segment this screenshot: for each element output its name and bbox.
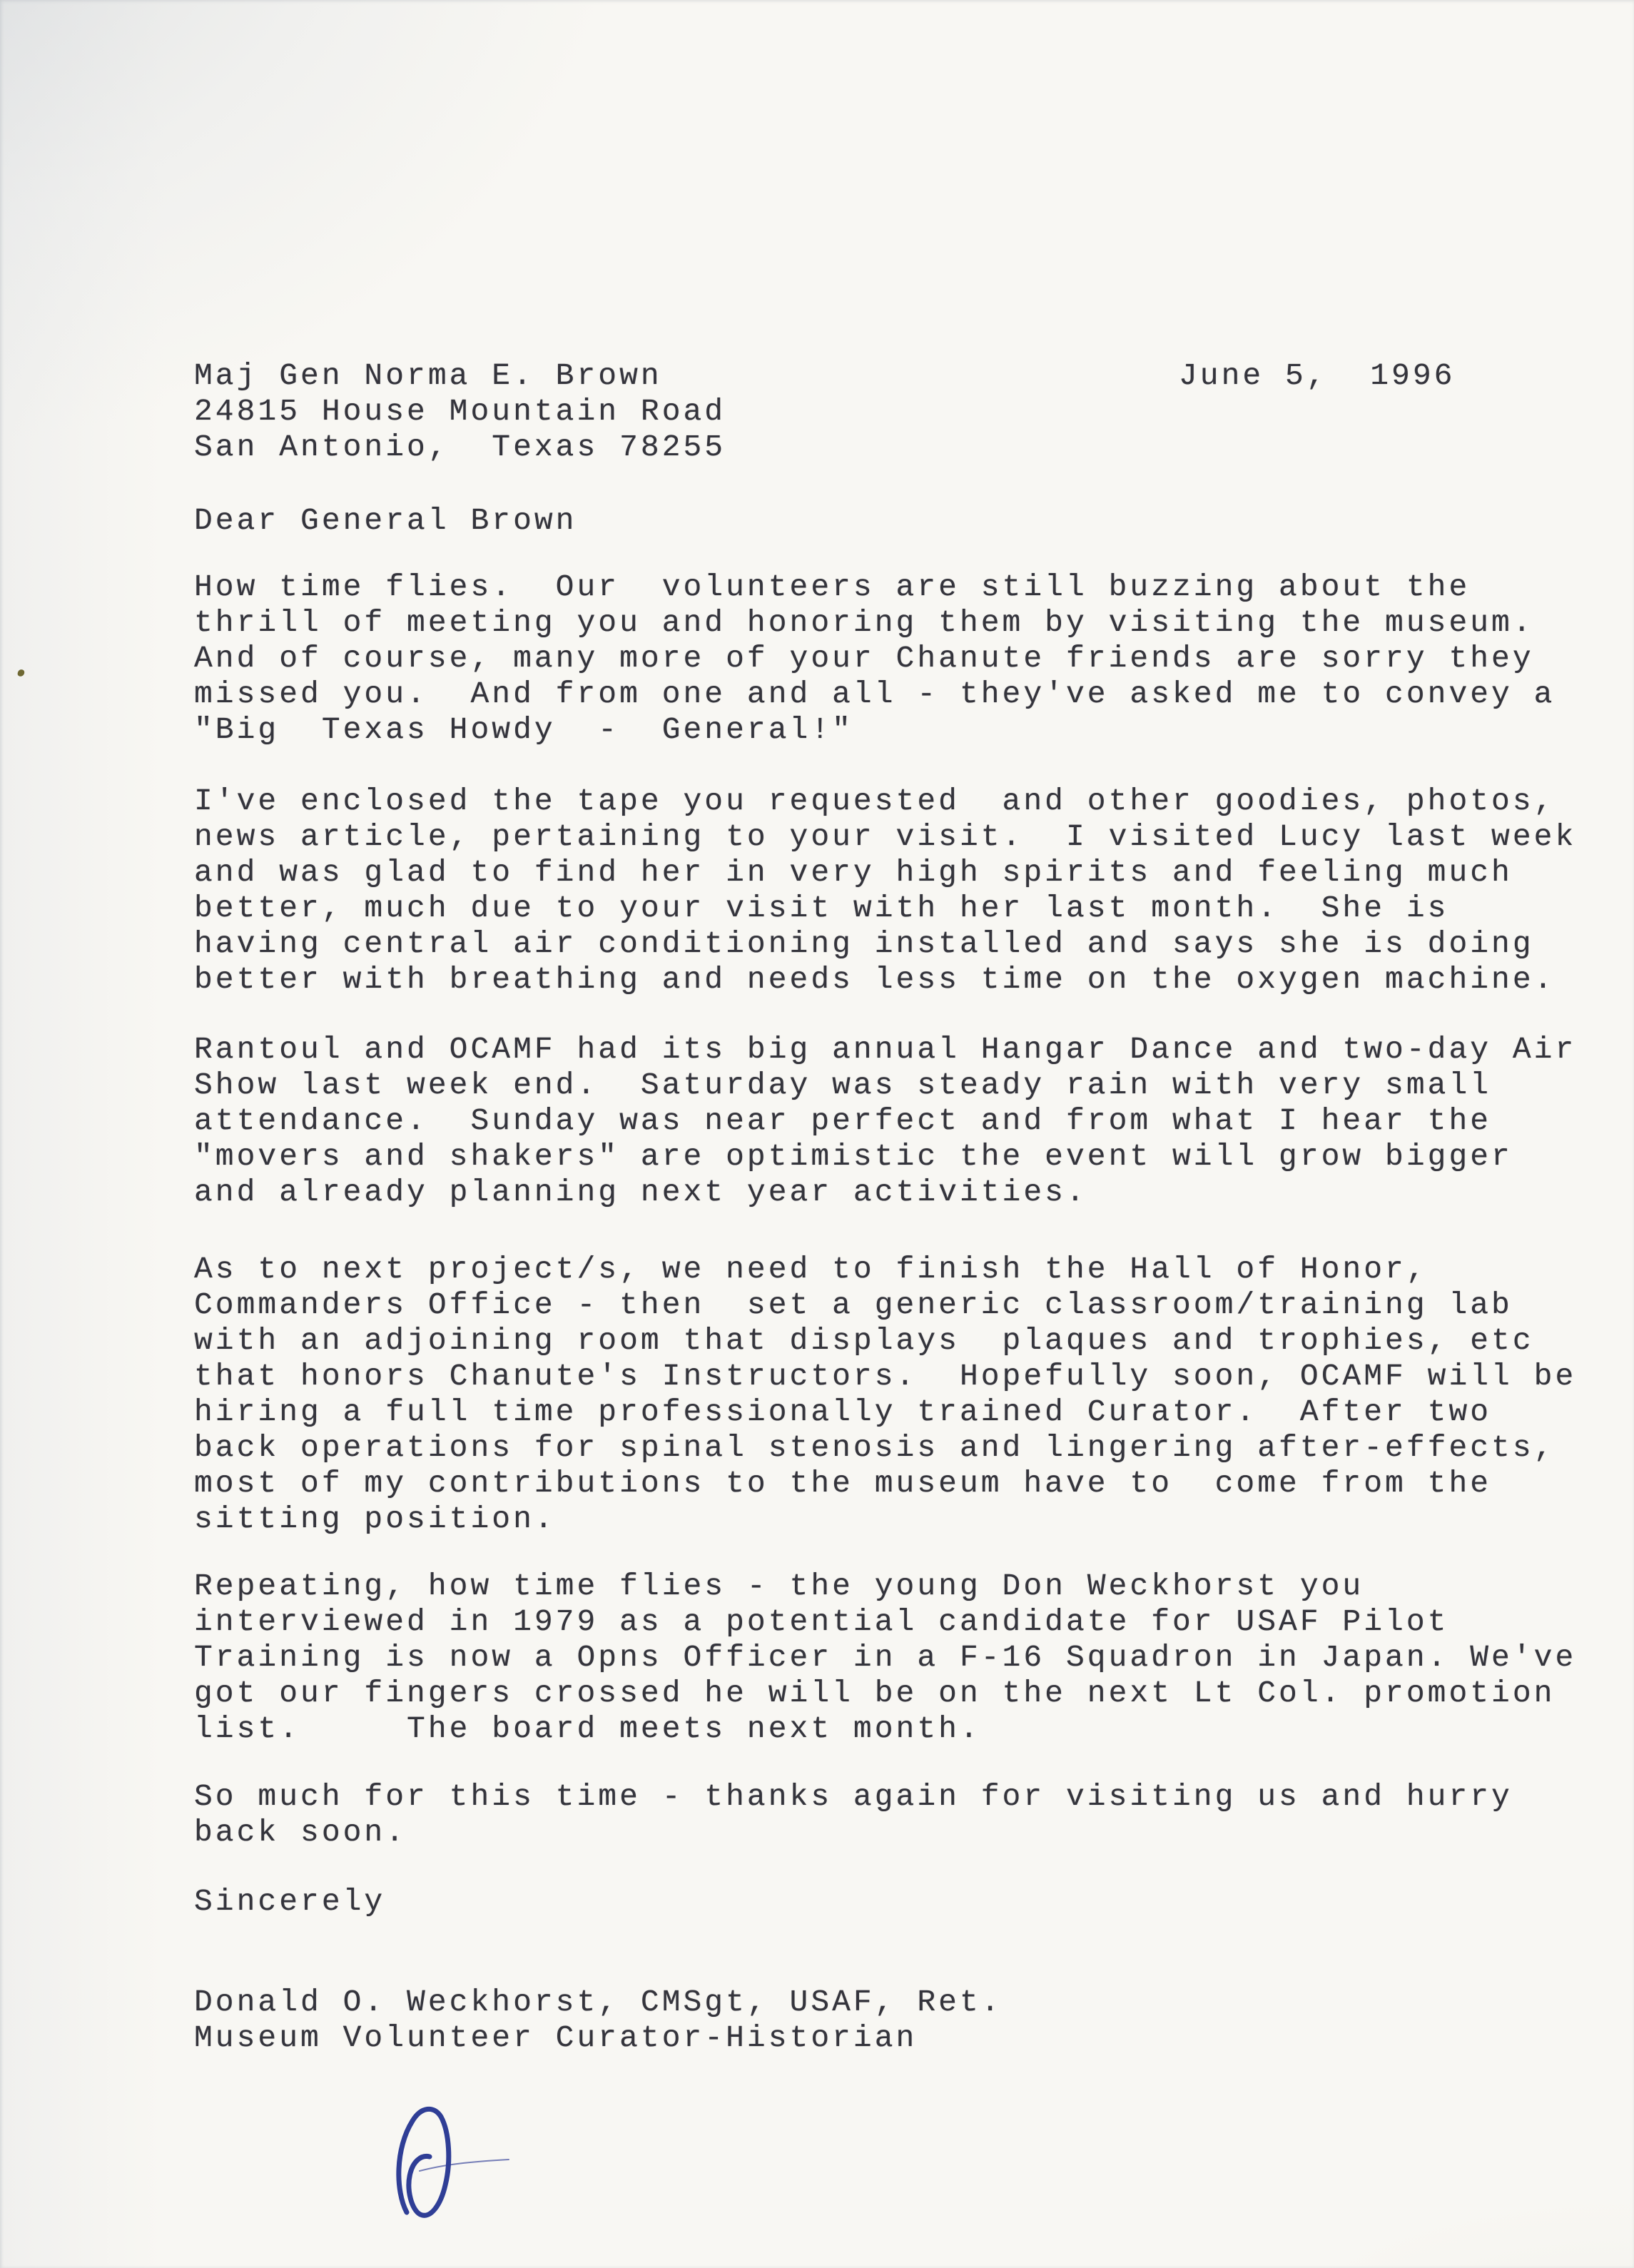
- salutation: Dear General Brown: [194, 503, 577, 539]
- closing: Sincerely: [194, 1884, 385, 1920]
- handwritten-signature-mark-icon: [377, 2104, 527, 2236]
- letter-date: June 5, 1996: [1179, 358, 1455, 394]
- paragraph-1: How time flies. Our volunteers are still…: [194, 569, 1555, 748]
- paper-speck: [17, 669, 26, 677]
- letter-page: June 5, 1996 Maj Gen Norma E. Brown 2481…: [0, 0, 1634, 2268]
- signature-block: Donald O. Weckhorst, CMSgt, USAF, Ret. M…: [194, 1985, 1003, 2056]
- paragraph-4: As to next project/s, we need to finish …: [194, 1252, 1576, 1537]
- paragraph-2: I've enclosed the tape you requested and…: [194, 784, 1576, 998]
- paragraph-3: Rantoul and OCAMF had its big annual Han…: [194, 1032, 1576, 1210]
- recipient-address-block: Maj Gen Norma E. Brown 24815 House Mount…: [194, 358, 726, 465]
- paragraph-6: So much for this time - thanks again for…: [194, 1779, 1513, 1851]
- paragraph-5: Repeating, how time flies - the young Do…: [194, 1569, 1576, 1747]
